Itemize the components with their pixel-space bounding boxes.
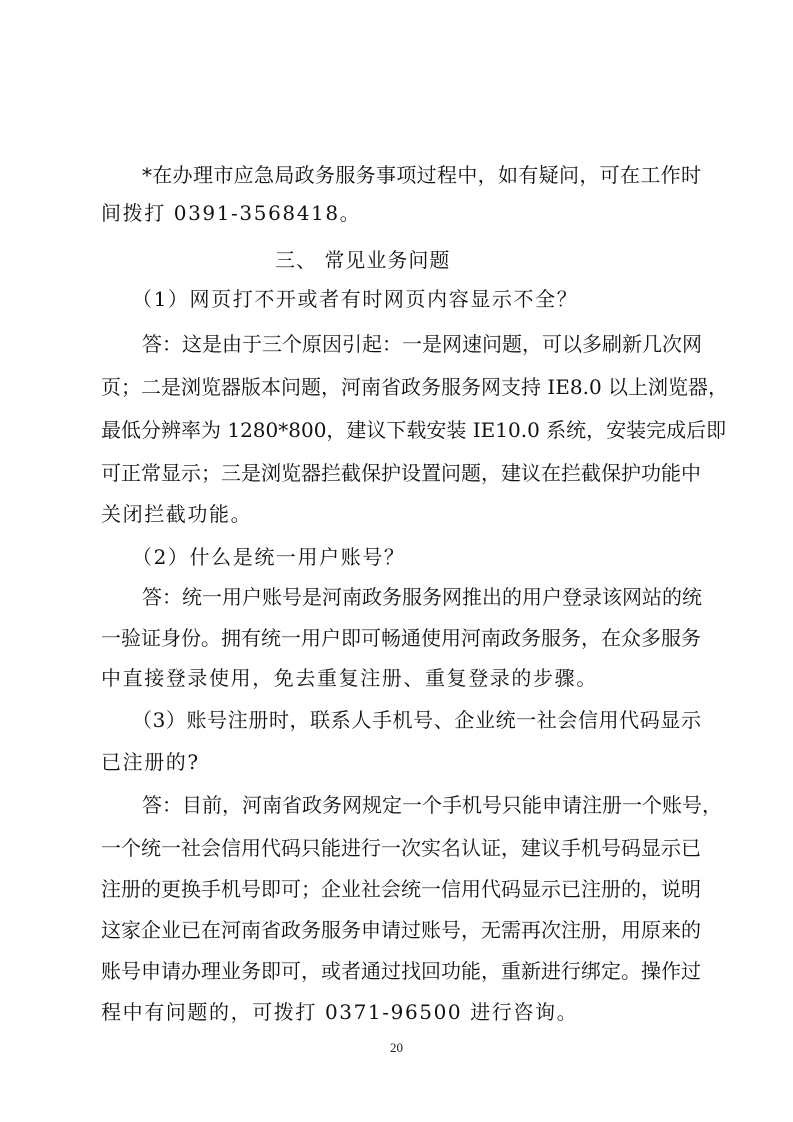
question-1: （1）网页打不开或者有时网页内容显示不全？ <box>132 287 691 311</box>
answer-1-line-4: 可正常显示；三是浏览器拦截保护设置问题，建议在拦截保护功能中 <box>101 461 701 485</box>
answer-1-line-2: 页；二是浏览器版本问题，河南省政务服务网支持 IE8.0 以上浏览器， <box>101 375 701 399</box>
page-number: 20 <box>0 1040 793 1056</box>
answer-3-line-6: 程中有问题的，可拨打 0371-96500 进行咨询。 <box>101 1000 701 1024</box>
answer-1-line-5: 关闭拦截功能。 <box>101 502 701 526</box>
answer-3-line-2: 一个统一社会信用代码只能进行一次实名认证，建议手机号码显示已 <box>101 836 701 860</box>
question-2: （2）什么是统一用户账号？ <box>132 545 691 569</box>
answer-3-line-3: 注册的更换手机号即可；企业社会统一信用代码显示已注册的，说明 <box>101 877 701 901</box>
answer-2-line-2: 一验证身份。拥有统一用户即可畅通使用河南政务服务，在众多服务 <box>101 626 701 650</box>
answer-1-line-3: 最低分辨率为 1280*800，建议下载安装 IE10.0 系统，安装完成后即 <box>101 418 701 442</box>
intro-note-line-2: 间拨打 0391-3568418。 <box>101 201 701 225</box>
answer-3-line-1: 答：目前，河南省政务网规定一个手机号只能申请注册一个账号， <box>142 793 701 817</box>
question-3-line-2: 已注册的? <box>101 750 701 774</box>
question-3-line-1: （3）账号注册时，联系人手机号、企业统一社会信用代码显示 <box>132 708 701 732</box>
answer-1-line-1: 答：这是由于三个原因引起：一是网速问题，可以多刷新几次网 <box>142 332 701 356</box>
intro-note-line-1: *在办理市应急局政务服务事项过程中，如有疑问，可在工作时 <box>142 163 701 187</box>
answer-3-line-5: 账号申请办理业务即可，或者通过找回功能，重新进行绑定。操作过 <box>101 959 701 983</box>
answer-3-line-4: 这家企业已在河南省政务服务申请过账号，无需再次注册，用原来的 <box>101 918 701 942</box>
section-heading: 三、 常见业务问题 <box>275 248 793 272</box>
answer-2-line-1: 答：统一用户账号是河南政务服务网推出的用户登录该网站的统 <box>142 585 701 609</box>
answer-2-line-3: 中直接登录使用，免去重复注册、重复登录的步骤。 <box>101 666 701 690</box>
